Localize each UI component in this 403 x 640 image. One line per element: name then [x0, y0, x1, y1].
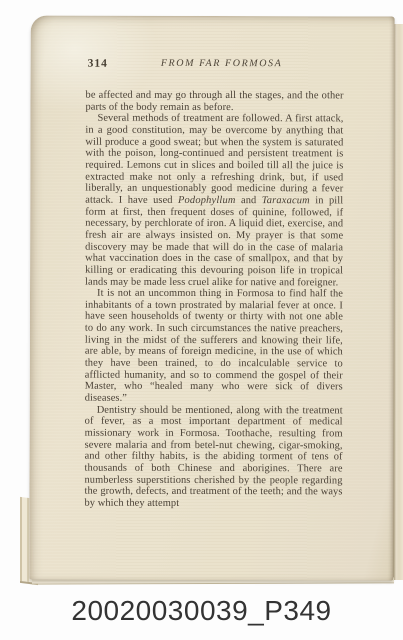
running-title: FROM FAR FORMOSA	[86, 58, 344, 70]
page-header: 314 FROM FAR FORMOSA	[86, 58, 344, 74]
paragraph: It is not an uncommon thing in Formosa t…	[85, 288, 343, 405]
italic-term: Taraxacum	[262, 195, 310, 206]
text-run: in pill form at first, then frequent dos…	[85, 195, 343, 288]
catalog-number-label: 20020030039_P349	[71, 595, 331, 627]
paragraph: Several methods of treatment are followe…	[85, 113, 343, 289]
text-run: and	[236, 195, 262, 206]
page-text: be affected and may go through all the s…	[84, 90, 343, 510]
paragraph: be affected and may go through all the s…	[85, 90, 343, 114]
text-run: Several methods of treatment are followe…	[85, 113, 343, 206]
text-run: be affected and may go through all the s…	[85, 90, 343, 113]
page-content: 314 FROM FAR FORMOSA be affected and may…	[84, 58, 343, 510]
page-number: 314	[88, 58, 108, 70]
text-run: It is not an uncommon thing in Formosa t…	[85, 288, 343, 404]
photo-frame: 314 FROM FAR FORMOSA be affected and may…	[0, 0, 403, 640]
paragraph: Dentistry should be mentioned, along wit…	[84, 404, 342, 510]
book-page: 314 FROM FAR FORMOSA be affected and may…	[29, 16, 394, 581]
italic-term: Podophyllum	[178, 195, 236, 206]
text-run: Dentistry should be mentioned, along wit…	[84, 404, 342, 508]
